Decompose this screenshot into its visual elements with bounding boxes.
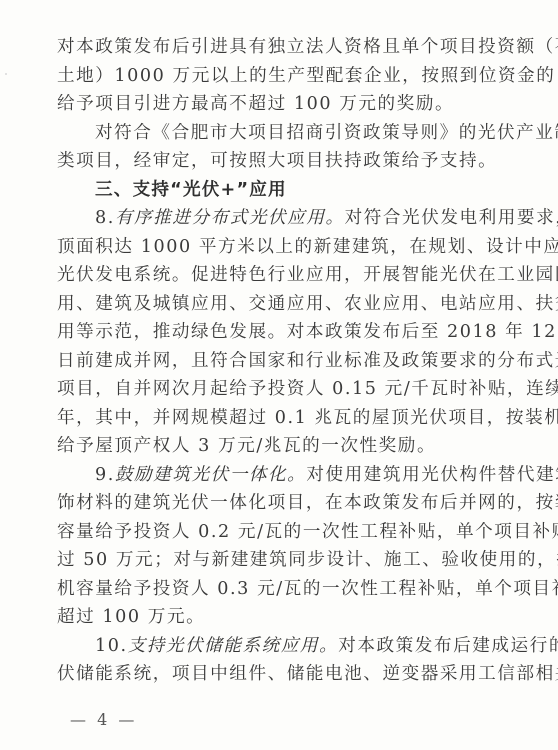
text-line: 机容量给予投资人 0.3 元/瓦的一次性工程补贴，单个项目补贴不	[57, 575, 519, 604]
item-8-distributed-pv: 8.有序推进分布式光伏应用。对符合光伏发电利用要求，屋 顶面积达 1000 平方…	[57, 204, 519, 461]
text-line: 容量给予投资人 0.2 元/瓦的一次性工程补贴，单个项目补贴不超	[57, 518, 519, 547]
item-first-line: 9.鼓励建筑光伏一体化。对使用建筑用光伏构件替代建筑装	[57, 461, 519, 490]
text-line: 过 50 万元；对与新建建筑同步设计、施工、验收使用的，按装	[57, 546, 519, 575]
text-line: 超过 100 万元。	[57, 603, 519, 632]
item-text: 对符合光伏发电利用要求，屋	[345, 208, 558, 228]
text-line: 对本政策发布后引进具有独立法人资格且单个项目投资额（不含	[57, 33, 519, 62]
text-line: 土地）1000 万元以上的生产型配套企业，按照到位资金的 5‰，	[57, 62, 519, 91]
item-number: 10.	[95, 636, 128, 656]
section-heading: 三、支持“光伏+”应用	[57, 176, 519, 205]
item-title: 支持光伏储能系统应用。	[128, 636, 339, 656]
item-9-bipv: 9.鼓励建筑光伏一体化。对使用建筑用光伏构件替代建筑装 饰材料的建筑光伏一体化项…	[57, 461, 519, 632]
item-10-pv-storage: 10.支持光伏储能系统应用。对本政策发布后建成运行的光 伏储能系统，项目中组件、…	[57, 632, 519, 689]
text-line: 顶面积达 1000 平方米以上的新建建筑，在规划、设计中应设置	[57, 233, 519, 262]
item-text: 对本政策发布后建成运行的光	[338, 636, 558, 656]
item-number: 9.	[95, 465, 115, 485]
item-first-line: 8.有序推进分布式光伏应用。对符合光伏发电利用要求，屋	[57, 204, 519, 233]
text-line: 日前建成并网，且符合国家和行业标准及政策要求的分布式光伏	[57, 347, 519, 376]
text-line: 给予项目引进方最高不超过 100 万元的奖励。	[57, 90, 519, 119]
text-line: 给予屋顶产权人 3 万元/兆瓦的一次性奖励。	[57, 432, 519, 461]
page-number: — 4 —	[70, 710, 137, 729]
text-line: 用、建筑及城镇应用、交通应用、农业应用、电站应用、扶贫应	[57, 290, 519, 319]
item-first-line: 10.支持光伏储能系统应用。对本政策发布后建成运行的光	[57, 632, 519, 661]
item-number: 8.	[95, 208, 115, 228]
document-page: 对本政策发布后引进具有独立法人资格且单个项目投资额（不含 土地）1000 万元以…	[57, 33, 519, 689]
scan-speck	[5, 73, 7, 75]
text-line: 类项目，经审定，可按照大项目扶持政策给予支持。	[57, 147, 519, 176]
text-line: 饰材料的建筑光伏一体化项目，在本政策发布后并网的，按装机	[57, 489, 519, 518]
paragraph-investment-reward: 对本政策发布后引进具有独立法人资格且单个项目投资额（不含 土地）1000 万元以…	[57, 33, 519, 119]
paragraph-major-project-support: 对符合《合肥市大项目招商引资政策导则》的光伏产业制造 类项目，经审定，可按照大项…	[57, 119, 519, 176]
text-line: 用等示范，推动绿色发展。对本政策发布后至 2018 年 12 月 31	[57, 318, 519, 347]
text-line: 对符合《合肥市大项目招商引资政策导则》的光伏产业制造	[57, 119, 519, 148]
text-line: 年，其中，并网规模超过 0.1 兆瓦的屋顶光伏项目，按装机容量	[57, 404, 519, 433]
item-text: 对使用建筑用光伏构件替代建筑装	[306, 465, 558, 485]
text-line: 伏储能系统，项目中组件、储能电池、逆变器采用工信部相关行	[57, 660, 519, 689]
text-line: 光伏发电系统。促进特色行业应用，开展智能光伏在工业园区应	[57, 261, 519, 290]
item-title: 有序推进分布式光伏应用。	[115, 208, 345, 228]
item-title: 鼓励建筑光伏一体化。	[115, 465, 306, 485]
text-line: 项目，自并网次月起给予投资人 0.15 元/千瓦时补贴，连续补贴 5	[57, 375, 519, 404]
